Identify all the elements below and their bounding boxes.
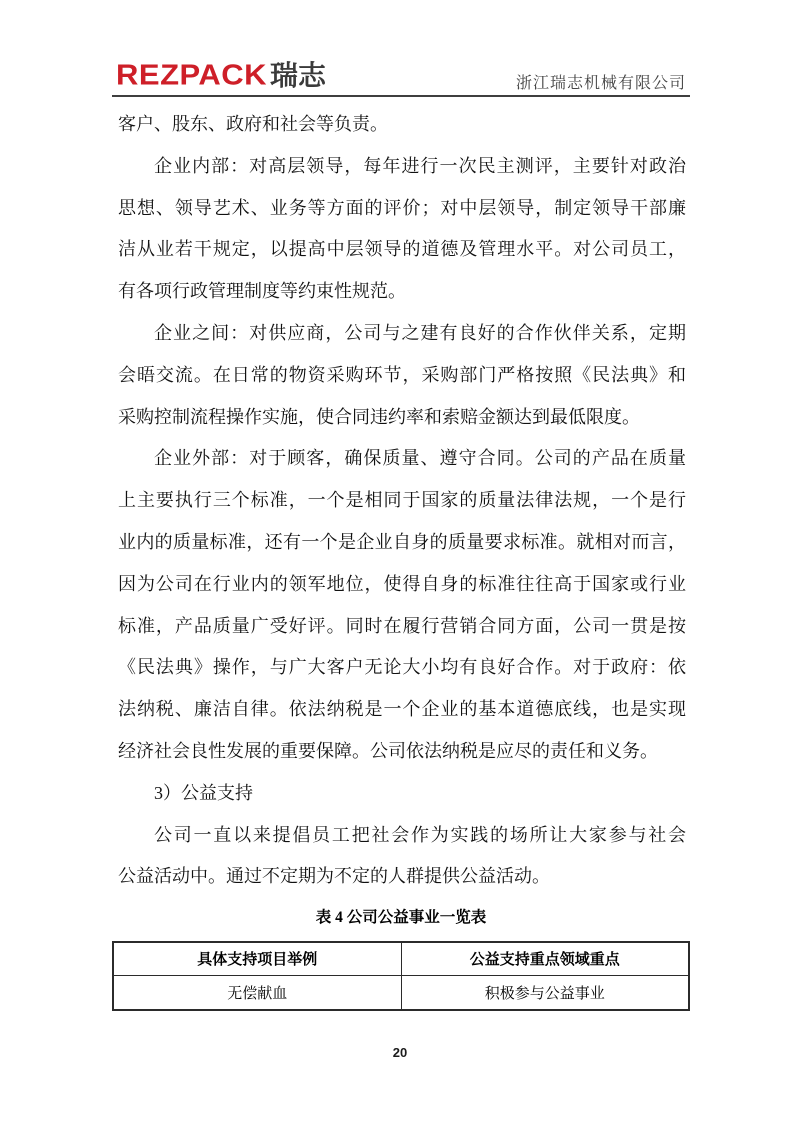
body-text-line: 业内的质量标准，还有一个是企业自身的质量要求标准。就相对而言， xyxy=(118,522,686,564)
charity-table-head: 具体支持项目举例公益支持重点领域重点 xyxy=(113,942,689,975)
table-header-cell: 具体支持项目举例 xyxy=(113,942,401,975)
body-text-line: 法纳税、廉洁自律。依法纳税是一个企业的基本道德底线，也是实现 xyxy=(118,689,686,731)
table-cell: 无偿献血 xyxy=(113,975,401,1010)
body-text-line: 因为公司在行业内的领军地位，使得自身的标准往往高于国家或行业 xyxy=(118,564,686,606)
body-text-line: 3）公益支持 xyxy=(118,773,686,815)
body-text: 客户、股东、政府和社会等负责。企业内部：对高层领导，每年进行一次民主测评，主要针… xyxy=(118,104,686,898)
body-text-line: 标准，产品质量广受好评。同时在履行营销合同方面，公司一贯是按 xyxy=(118,606,686,648)
page-number: 20 xyxy=(0,1045,800,1060)
body-text-line: 客户、股东、政府和社会等负责。 xyxy=(118,104,686,146)
body-text-line: 企业外部：对于顾客，确保质量、遵守合同。公司的产品在质量 xyxy=(118,438,686,480)
charity-table: 具体支持项目举例公益支持重点领域重点 无偿献血积极参与公益事业 xyxy=(112,941,690,1011)
logo-rezpack-text: REZPACK xyxy=(116,58,267,92)
body-text-line: 上主要执行三个标准，一个是相同于国家的质量法律法规，一个是行 xyxy=(118,480,686,522)
body-text-line: 思想、领导艺术、业务等方面的评价；对中层领导，制定领导干部廉 xyxy=(118,188,686,230)
body-text-line: 企业之间：对供应商，公司与之建有良好的合作伙伴关系，定期 xyxy=(118,313,686,355)
table-cell: 积极参与公益事业 xyxy=(401,975,689,1010)
table-caption: 表 4 公司公益事业一览表 xyxy=(112,903,690,933)
body-text-line: 公益活动中。通过不定期为不定的人群提供公益活动。 xyxy=(118,856,686,898)
body-text-line: 《民法典》操作，与广大客户无论大小均有良好合作。对于政府：依 xyxy=(118,647,686,689)
company-name: 浙江瑞志机械有限公司 xyxy=(516,70,686,93)
company-logo: REZPACK 瑞志 xyxy=(116,54,326,94)
body-text-line: 采购控制流程操作实施，使合同违约率和索赔金额达到最低限度。 xyxy=(118,397,686,439)
body-text-line: 企业内部：对高层领导，每年进行一次民主测评，主要针对政治 xyxy=(118,146,686,188)
document-page: REZPACK 瑞志 浙江瑞志机械有限公司 客户、股东、政府和社会等负责。企业内… xyxy=(0,0,800,1131)
body-text-line: 经济社会良性发展的重要保障。公司依法纳税是应尽的责任和义务。 xyxy=(118,731,686,773)
body-text-line: 公司一直以来提倡员工把社会作为实践的场所让大家参与社会 xyxy=(118,815,686,857)
table-header-cell: 公益支持重点领域重点 xyxy=(401,942,689,975)
body-text-line: 会晤交流。在日常的物资采购环节，采购部门严格按照《民法典》和 xyxy=(118,355,686,397)
logo-cjk-text: 瑞志 xyxy=(270,54,326,94)
table-row: 无偿献血积极参与公益事业 xyxy=(113,975,689,1010)
body-text-line: 洁从业若干规定，以提高中层领导的道德及管理水平。对公司员工， xyxy=(118,229,686,271)
table-header-row: 具体支持项目举例公益支持重点领域重点 xyxy=(113,942,689,975)
header-divider xyxy=(112,95,690,97)
body-text-line: 有各项行政管理制度等约束性规范。 xyxy=(118,271,686,313)
charity-table-body: 无偿献血积极参与公益事业 xyxy=(113,975,689,1010)
